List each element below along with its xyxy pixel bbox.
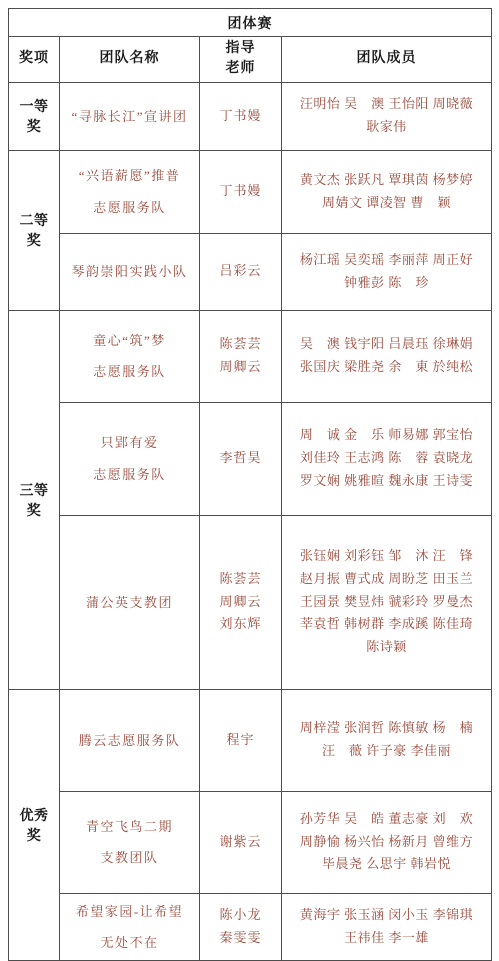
teacher-cell: 陈荟芸 周卿云 刘东辉 (200, 515, 282, 689)
members-cell: 汪明怡 吴 澳 王怡阳 周晓薇 耿家伟 (282, 82, 492, 150)
award-cell-first-prize: 一等奖 (9, 82, 60, 150)
table-header-row: 奖项 团队名称 指导 老师 团队成员 (9, 37, 492, 83)
members-cell: 孙芳华 吴 皓 董志豪 刘 欢 周静愉 杨兴怡 杨新月 曾维方 毕晨尧 么思宇 … (282, 791, 492, 893)
table-row: 青空飞鸟二期 支教团队 谢紫云 孙芳华 吴 皓 董志豪 刘 欢 周静愉 杨兴怡 … (9, 791, 492, 893)
members-cell: 黄海宇 张玉涵 闵小玉 李锦琪 王祎佳 李一雄 (282, 893, 492, 960)
team-competition-table: 团体赛 奖项 团队名称 指导 老师 团队成员 一等奖 “寻脉长江”宣讲团 丁书嫚… (8, 8, 492, 961)
teacher-cell: 程宇 (200, 689, 282, 791)
table-row: 团体赛 (9, 9, 492, 37)
table-row: 琴韵崇阳实践小队 吕彩云 杨江瑶 吴奕瑶 李丽萍 周正好 钟雅彭 陈 珍 (9, 233, 492, 310)
teacher-cell: 谢紫云 (200, 791, 282, 893)
col-header-teacher: 指导 老师 (200, 37, 282, 83)
table-row: 希望家园-让希望 无处不在 陈小龙 秦雯雯 黄海宇 张玉涵 闵小玉 李锦琪 王祎… (9, 893, 492, 960)
team-name-cell: 童心“筑”梦 志愿服务队 (60, 310, 200, 402)
team-name-cell: 琴韵崇阳实践小队 (60, 233, 200, 310)
team-name-cell: 蒲公英支教团 (60, 515, 200, 689)
table-title: 团体赛 (9, 9, 492, 37)
team-name-cell: 只郢有爱 志愿服务队 (60, 402, 200, 515)
members-cell: 周梓滢 张润哲 陈慎敏 杨 楠 汪 薇 许子豪 李佳丽 (282, 689, 492, 791)
teacher-cell: 陈荟芸 周卿云 (200, 310, 282, 402)
team-name-cell: “寻脉长江”宣讲团 (60, 82, 200, 150)
table-row: 三等奖 童心“筑”梦 志愿服务队 陈荟芸 周卿云 吴 澳 钱宇阳 吕晨珏 徐琳娟… (9, 310, 492, 402)
table-row: 只郢有爱 志愿服务队 李哲昊 周 诚 金 乐 师易娜 郭宝怡 刘佳玲 王志鸿 陈… (9, 402, 492, 515)
members-cell: 吴 澳 钱宇阳 吕晨珏 徐琳娟 张国庆 梁胜尧 余 東 於纯松 (282, 310, 492, 402)
team-name-cell: 希望家园-让希望 无处不在 (60, 893, 200, 960)
teacher-cell: 丁书嫚 (200, 150, 282, 233)
award-cell-second-prize: 二等奖 (9, 150, 60, 310)
award-cell-excellence-prize: 优秀奖 (9, 689, 60, 960)
members-cell: 张钰娴 刘彩钰 邹 沐 汪 锋 赵月振 曹式成 周盼芝 田玉兰 王园景 樊昱炜 … (282, 515, 492, 689)
col-header-members: 团队成员 (282, 37, 492, 83)
team-name-cell: “兴语薪愿”推普 志愿服务队 (60, 150, 200, 233)
table-row: 二等奖 “兴语薪愿”推普 志愿服务队 丁书嫚 黄文杰 张跃凡 覃琪茵 杨梦婷 周… (9, 150, 492, 233)
award-cell-third-prize: 三等奖 (9, 310, 60, 689)
members-cell: 周 诚 金 乐 师易娜 郭宝怡 刘佳玲 王志鸿 陈 蓉 袁晓龙 罗文娴 姚雅暄 … (282, 402, 492, 515)
col-header-team-name: 团队名称 (60, 37, 200, 83)
teacher-cell: 李哲昊 (200, 402, 282, 515)
teacher-cell: 吕彩云 (200, 233, 282, 310)
members-cell: 杨江瑶 吴奕瑶 李丽萍 周正好 钟雅彭 陈 珍 (282, 233, 492, 310)
col-header-award: 奖项 (9, 37, 60, 83)
teacher-cell: 陈小龙 秦雯雯 (200, 893, 282, 960)
table-row: 一等奖 “寻脉长江”宣讲团 丁书嫚 汪明怡 吴 澳 王怡阳 周晓薇 耿家伟 (9, 82, 492, 150)
team-name-cell: 腾云志愿服务队 (60, 689, 200, 791)
table-row: 蒲公英支教团 陈荟芸 周卿云 刘东辉 张钰娴 刘彩钰 邹 沐 汪 锋 赵月振 曹… (9, 515, 492, 689)
document-page: 团体赛 奖项 团队名称 指导 老师 团队成员 一等奖 “寻脉长江”宣讲团 丁书嫚… (0, 0, 499, 958)
members-cell: 黄文杰 张跃凡 覃琪茵 杨梦婷 周婧文 谭凌智 曹 颖 (282, 150, 492, 233)
teacher-cell: 丁书嫚 (200, 82, 282, 150)
team-name-cell: 青空飞鸟二期 支教团队 (60, 791, 200, 893)
table-row: 优秀奖 腾云志愿服务队 程宇 周梓滢 张润哲 陈慎敏 杨 楠 汪 薇 许子豪 李… (9, 689, 492, 791)
